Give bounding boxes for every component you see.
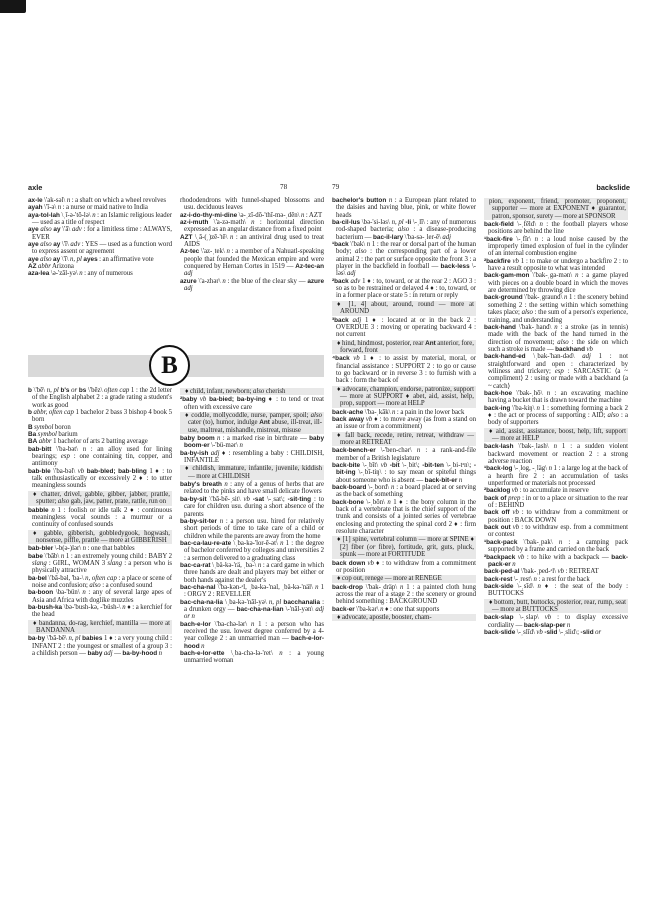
synonym-paragraph: ♦ childish, immature, infantile, juvenil… (180, 465, 324, 480)
synonym-paragraph: ♦ [1, 4] about, around, round — more at … (332, 301, 476, 316)
dictionary-entry: ³back adj 1 ♦ : located at or in the bac… (332, 317, 476, 339)
dictionary-entry: babble n 1 : foolish or idle talk 2 ♦ : … (28, 507, 172, 529)
dictionary-entry: aye also ay \'ā\ adv : for a limitless t… (28, 226, 172, 241)
dictionary-entry: B symbol boron (28, 424, 172, 431)
guide-word-left: axle (28, 183, 42, 192)
dictionary-entry: back down vb ♦ : to withdraw from a comm… (332, 560, 476, 575)
dictionary-entry: ¹back-fire \-ˌfīr\ n : a loud noise caus… (484, 236, 628, 258)
dictionary-entry: b abbr, often cap 1 bachelor 2 bass 3 bi… (28, 409, 172, 424)
dictionary-entry: bach-e-lor-ette \ˌba-chə-lə-'ret\ n : a … (180, 650, 324, 665)
synonym-paragraph: ♦ bandanna, do-rag, kerchief, mantilla —… (28, 620, 172, 635)
text-columns: B ax-le \'ak-səl\ n : a shaft on which a… (28, 197, 630, 745)
dictionary-entry: aya-tol-lah \ˌī-ə-'tō-lə\ n : an Islamic… (28, 212, 172, 227)
dictionary-entry: Ba symbol barium (28, 431, 172, 438)
column-2-bottom: ♦ child, infant, newborn; also cherish²b… (180, 387, 324, 745)
synonym-paragraph: ♦ child, infant, newborn; also cherish (180, 388, 324, 395)
section-letter-medallion: B (149, 345, 190, 386)
section-letter-b: B (161, 353, 178, 378)
synonym-paragraph: ♦ advocate, apostle, booster, cham- (332, 614, 476, 621)
dictionary-entry: bab-bler \-b(ə-)lər\ n : one that babble… (28, 545, 172, 552)
dictionary-entry: back-lash \'bak-ˌlash\ n 1 : a sudden vi… (484, 443, 628, 465)
dictionary-entry: az-i-muth \'a-zə-məth\ n : horizontal di… (180, 219, 324, 234)
dictionary-entry: b \'bē\ n, pl b's or bs \'bēz\ often cap… (28, 387, 172, 409)
dictionary-entry: back-slap \-ˌslap\ vb : to display exces… (484, 614, 628, 629)
dictionary-entry: ba-bush-ka \bə-'bush-kə, -'büsh-\ n ♦ : … (28, 604, 172, 619)
dictionary-entry: ⁴back vb 1 ♦ : to assist by material, mo… (332, 355, 476, 384)
dictionary-entry: ax-le \'ak-səl\ n : a shaft on which a w… (28, 197, 172, 204)
dictionary-entry: azure \'a-zhər\ n : the blue of the clea… (180, 278, 324, 293)
synonym-paragraph: ♦ chatter, drivel, gabble, gibber, jabbe… (28, 491, 172, 506)
dictionary-entry: ²back adv 1 ♦ : to, toward, or at the re… (332, 278, 476, 300)
dictionary-entry: back-field \-ˌfēld\ n : the football pla… (484, 221, 628, 236)
dictionary-entry: back off vb : to withdraw from a commitm… (484, 509, 628, 524)
dictionary-entry: ¹back \'bak\ n 1 : the rear or dorsal pa… (332, 241, 476, 278)
synonym-paragraph: ♦ aid, assist, assistance, boost, help, … (484, 428, 628, 443)
column-2: rhododendrons with funnel-shaped blossom… (180, 197, 324, 745)
dictionary-entry: Az-tec \'az-ˌtek\ n : a member of a Nahu… (180, 248, 324, 277)
dictionary-entry: aye also ay \'ī\ n, pl ayes : an affirma… (28, 256, 172, 263)
column-2-top: rhododendrons with funnel-shaped blossom… (180, 197, 324, 355)
dictionary-entry: back-board \-ˌbord\ n : a board placed a… (332, 484, 476, 499)
synonym-paragraph: ♦ coddle, mollycoddle, nurse, pamper, sp… (180, 412, 324, 434)
dictionary-entry: bach-e-lor \'ba-chə-lər\ n 1 : a person … (180, 621, 324, 650)
running-head: axle 78 79 backslide (28, 183, 630, 196)
dictionary-entry: back-hand-ed \ˌbak-'han-dəd\ adj 1 : not… (484, 353, 628, 390)
dictionary-entry: aye also ay \'ī\ adv : YES — used as a f… (28, 241, 172, 256)
dictionary-entry: rhododendrons with funnel-shaped blossom… (180, 197, 324, 212)
dictionary-entry: AZT \ˌā-(ˌ)zē-'tē\ n : an antiviral drug… (180, 234, 324, 249)
dictionary-entry: back-ground \'bak-ˌgraund\ n 1 : the sce… (484, 294, 628, 323)
synonym-paragraph: ♦ cop out, renege — more at RENEGE (332, 575, 476, 582)
dictionary-entry: bab-ble \'ba-bəl\ vb bab-bled; bab-bling… (28, 468, 172, 490)
dictionary-entry: baby's breath n : any of a genus of herb… (180, 481, 324, 496)
dictionary-entry: bac-ca-lau-re-ate \ˌba-kə-'lor-ē-ət\ n 1… (180, 540, 324, 562)
dictionary-entry: bac-ca-rat \ˌbä-kə-'rä, ˌba-\ n : a card… (180, 562, 324, 584)
dictionary-entry: back out vb : to withdraw esp. from a co… (484, 524, 628, 539)
dictionary-entry: back away vb ♦ : to move away (as from a… (332, 416, 476, 431)
dictionary-entry: bac-cha-nal \'ba-kən-ᵊl, ˌba-kə-'nal, ˌb… (180, 584, 324, 599)
synonym-paragraph: ♦ advocate, champion, endorse, patronize… (332, 386, 476, 408)
dictionary-entry: ba-boon \ba-'bün\ n : any of several lar… (28, 589, 172, 604)
dictionary-entry: back-gam-mon \'bak-ˌga-mən\ n : a game p… (484, 272, 628, 294)
synonym-paragraph: ♦ gabble, gibberish, gobbledygook, hogwa… (28, 530, 172, 545)
column-1-bottom: b \'bē\ n, pl b's or bs \'bēz\ often cap… (28, 387, 172, 745)
dictionary-entry: ba-by \'bā-bē\ n, pl babies 1 ♦ : a very… (28, 635, 172, 657)
dictionary-spread: axle 78 79 backslide B ax-le \'ak-səl\ n… (28, 183, 630, 745)
dictionary-entry: ba-by-ish adj ♦ : resembling a baby : CH… (180, 450, 324, 465)
page-number-79: 79 (332, 183, 339, 191)
dictionary-entry: BA abbr 1 bachelor of arts 2 batting ave… (28, 438, 172, 445)
dictionary-entry: back-rest \-ˌrest\ n : a rest for the ba… (484, 576, 628, 583)
synonym-paragraph: ♦ bottom, butt, buttocks, posterior, rea… (484, 599, 628, 614)
dictionary-entry: back-ing \'ba-kiŋ\ n 1 : something formi… (484, 405, 628, 427)
section-divider-band: B (28, 355, 324, 377)
synonym-paragraph: pion, exponent, friend, promoter, propon… (484, 198, 628, 220)
column-3-text: bachelor's button n : a European plant r… (332, 197, 476, 745)
dictionary-entry: ayah \'ī-ə\ n : a nurse or maid native t… (28, 204, 172, 211)
dictionary-entry: babe \'bāb\ n 1 : an extremely young chi… (28, 553, 172, 575)
column-3: bachelor's button n : a European plant r… (332, 197, 476, 745)
dictionary-entry: ba-by-sit-ter n : a person usu. hired fo… (180, 518, 324, 540)
dictionary-entry: ba-cil-lus \bə-'si-ləs\ n, pl -li \-ˌlī\… (332, 219, 476, 241)
dictionary-entry: bachelor's button n : a European plant r… (332, 197, 476, 219)
column-4: pion, exponent, friend, promoter, propon… (484, 197, 628, 745)
dictionary-entry: back-drop \'bak-ˌdräp\ n 1 : a painted c… (332, 584, 476, 606)
dictionary-entry: bab-bitt \'ba-bət\ n : an alloy used for… (28, 446, 172, 468)
dictionary-entry: az-i-do-thy-mi-dine \ə-ˌzī-dō-'thī-mə-ˌd… (180, 212, 324, 219)
dictionary-entry: back-bone \-ˌbōn\ n 1 ♦ : the bony colum… (332, 499, 476, 536)
column-4-text: pion, exponent, friend, promoter, propon… (484, 197, 628, 745)
dictionary-entry: back-er \'ba-kər\ n ♦ : one that support… (332, 606, 476, 613)
dictionary-entry: AZ abbr Arizona (28, 263, 172, 270)
dictionary-entry: ²backpack vb : to hike with a backpack —… (484, 554, 628, 569)
dictionary-entry: back-bite \-ˌbīt\ vb -bit \-ˌbit\; -bit-… (332, 462, 476, 484)
dictionary-entry: ¹back-pack \'bak-ˌpak\ n : a camping pac… (484, 539, 628, 554)
column-1-top: ax-le \'ak-səl\ n : a shaft on which a w… (28, 197, 172, 355)
guide-word-right: backslide (596, 183, 630, 192)
dictionary-entry: ²backfire vb 1 : to make or undergo a ba… (484, 258, 628, 273)
synonym-paragraph: ♦ fall back, recede, retire, retreat, wi… (332, 432, 476, 447)
corner-mark (0, 0, 26, 13)
dictionary-entry: back-hand \'bak-ˌhand\ n : a stroke (as … (484, 324, 628, 353)
dictionary-entry: back-slide \-ˌslīd\ vb -slid \-ˌslid\; -… (484, 629, 628, 636)
dictionary-entry: ¹back-log \-ˌlog, -ˌläg\ n 1 : a large l… (484, 465, 628, 487)
dictionary-entry: back-bench-er \-'ben-chər\ n : a rank-an… (332, 447, 476, 462)
dictionary-entry: aza-lea \ə-'zāl-yə\ n : any of numerous (28, 270, 172, 277)
column-1: ax-le \'ak-səl\ n : a shaft on which a w… (28, 197, 172, 745)
dictionary-entry: bac-cha-na-lia \ˌba-kə-'nāl-yə\ n, pl ba… (180, 599, 324, 621)
dictionary-entry: back-ache \'ba-ˌkāk\ n : a pain in the l… (332, 409, 476, 416)
synonym-paragraph: ♦ hind, hindmost, posterior, rear Ant an… (332, 340, 476, 355)
dictionary-entry: ²backlog vb : to accumulate in reserve (484, 487, 628, 494)
dictionary-entry: back-side \-ˌsīd\ n ♦ : the seat of the … (484, 583, 628, 598)
dictionary-entry: back of prep : in or to a place or situa… (484, 495, 628, 510)
dictionary-entry: ba-bel \'bā-bəl, 'ba-\ n, often cap : a … (28, 575, 172, 590)
page-number-78: 78 (280, 183, 287, 191)
synonym-paragraph: ♦ [1] spine, vertebral column — more at … (332, 536, 476, 558)
dictionary-entry: back-ped-al \'bak-ˌped-ᵊl\ vb : RETREAT (484, 568, 628, 575)
dictionary-entry: back-hoe \'bak-ˌhō\ n : an excavating ma… (484, 390, 628, 405)
dictionary-entry: ²baby vb ba-bied; ba-by-ing ♦ : to tend … (180, 396, 324, 411)
dictionary-entry: baby boom n : a marked rise in birthrate… (180, 435, 324, 450)
dictionary-entry: ba-by-sit \'bā-bē-ˌsit\ vb -sat \-ˌsat\;… (180, 496, 324, 518)
